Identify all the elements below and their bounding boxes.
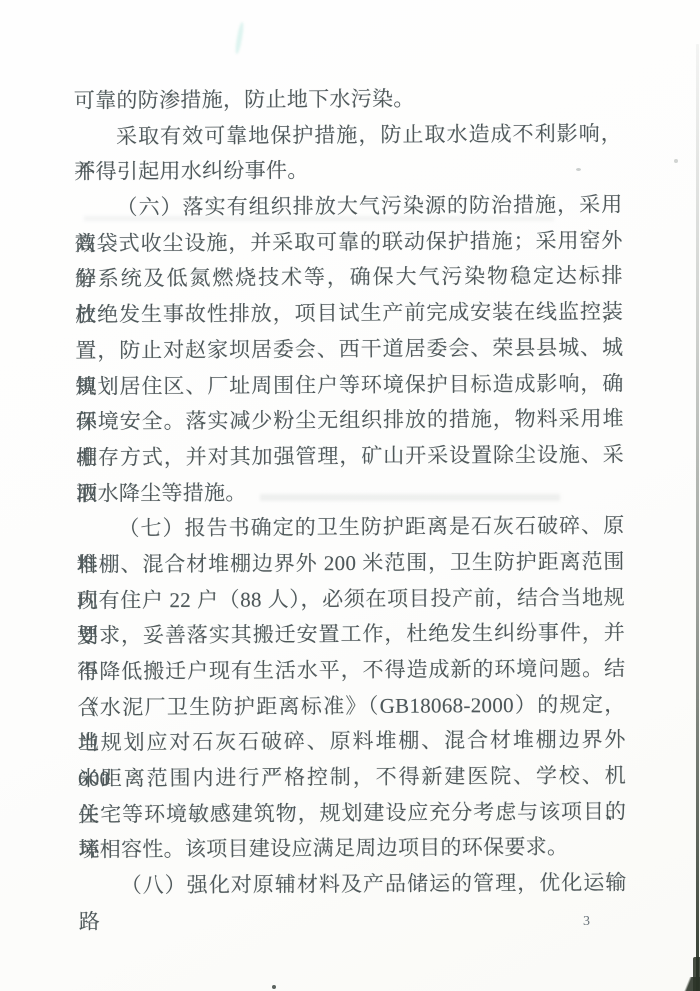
text-line: （八）强化对原辅材料及产品储运的管理，优化运输路 [79,865,627,904]
text-line: （六）落实有组织排放大气污染源的防治措施，采用高 [74,187,622,226]
scan-edge-shadow [696,44,699,991]
text-line: 《水泥厂卫生防护距离标准》（GB18068-2000）的规定，当 [77,687,625,726]
text-line: 要求，妥善落实其搬迁安置工作，杜绝发生纠纷事件，并不 [77,616,625,655]
text-line: 规划居住区、厂址周围住户等环境保护目标造成影响，确保 [75,366,623,405]
scan-corner-shadow [676,977,700,991]
text-line: 地规划应对石灰石破碎、原料堆棚、混合材堆棚边界外 600 [78,723,626,762]
text-line: 境相容性。该项目建设应满足周边项目的环保要求。 [78,830,626,869]
document-body: 可靠的防渗措施，防止地下水污染。 采取有效可靠地保护措施，防止取水造成不利影响，… [74,80,627,904]
text-line: 置，防止对赵家坝居委会、西干道居委会、荣县县城、城镇 [75,330,623,369]
page-number: 3 [583,914,590,930]
text-line: 可靠的防渗措施，防止地下水污染。 [74,80,622,119]
text-line: 洒水降尘等措施。 [76,473,624,512]
text-line: 环境安全。落实减少粉尘无组织排放的措施，物料采用堆棚 [76,402,624,441]
text-line: 米距离范围内进行严格控制，不得新建医院、学校、机关、 [78,758,626,797]
scanned-page: 可靠的防渗措施，防止地下水污染。 采取有效可靠地保护措施，防止取水造成不利影响，… [0,0,700,991]
text-line: 效袋式收尘设施，并采取可靠的联动保护措施；采用窑外分 [75,223,623,262]
text-line: 堆棚、混合材堆棚边界外 200 米范围，卫生防护距离范围内 [77,544,625,583]
text-line: 堆存方式，并对其加强管理，矿山开采设置除尘设施、采取 [76,437,624,476]
text-line: 得降低搬迁户现有生活水平，不得造成新的环境问题。结合 [77,651,625,690]
text-line: 住宅等环境敏感建筑物，规划建设应充分考虑与该项目的环 [78,794,626,833]
text-line: 解系统及低氮燃烧技术等，确保大气污染物稳定达标排放， [75,259,623,298]
scan-speck [674,159,678,163]
text-line: 杜绝发生事故性排放，项目试生产前完成安装在线监控装 [75,294,623,333]
scan-smudge [234,22,244,54]
scan-speck [576,168,581,171]
scan-speck [272,985,276,989]
text-line: 采取有效可靠地保护措施，防止取水造成不利影响，并 [74,116,622,155]
text-line: 不得引起用水纠纷事件。 [74,152,622,191]
text-line: （七）报告书确定的卫生防护距离是石灰石破碎、原料 [76,509,624,548]
text-line: 现有住户 22 户（88 人），必须在项目投产前，结合当地规划 [77,580,625,619]
